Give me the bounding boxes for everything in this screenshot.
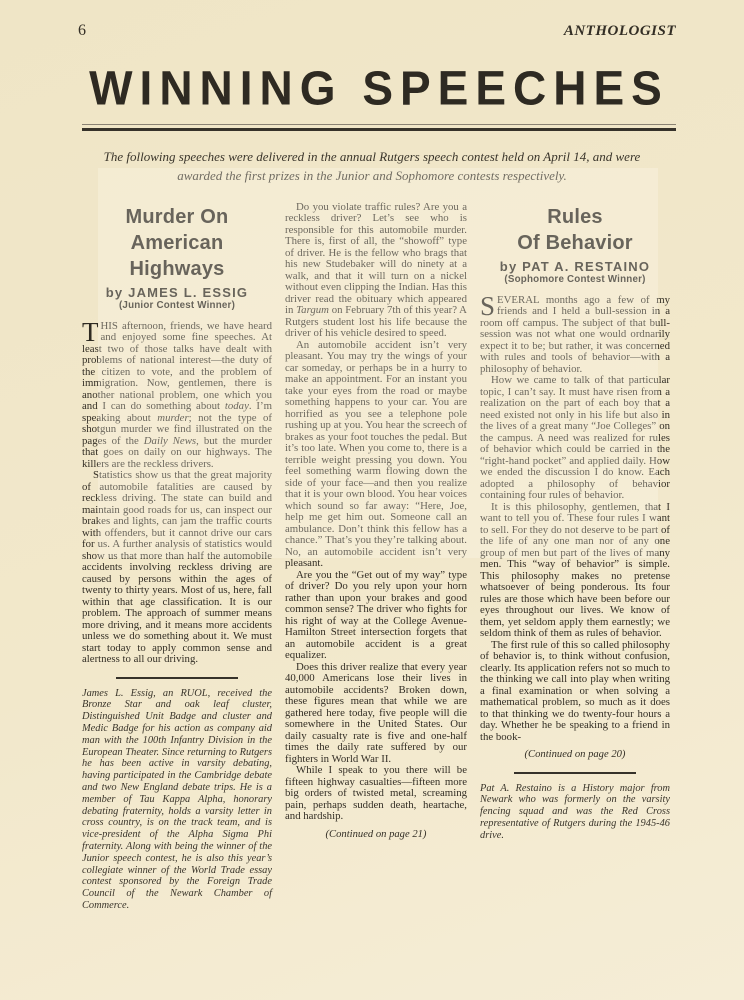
masthead-title: ANTHOLOGIST — [564, 23, 676, 40]
intro-deck: The following speeches were delivered in… — [100, 148, 645, 186]
body-paragraph: THIS afternoon, friends, we have heard a… — [82, 321, 272, 471]
body-paragraph: Are you the “Get out of my way” type of … — [285, 570, 467, 662]
column-right: Rules Of Behavior by PAT A. RESTAINO (So… — [480, 202, 670, 912]
article-title-right: Rules Of Behavior — [480, 204, 670, 256]
article-title-left-line1: Murder On — [82, 204, 272, 230]
continued-note-middle: (Continued on page 21) — [285, 829, 467, 841]
body-paragraph: While I speak to you there will be fifte… — [285, 765, 467, 823]
title-divider-rule — [82, 124, 676, 131]
body-paragraph: Do you violate traffic rules? Are you a … — [285, 202, 467, 340]
author-bio-left: James L. Essig, an RUOL, received the Br… — [82, 688, 272, 912]
body-paragraph: How we came to talk of that particular t… — [480, 375, 670, 502]
byline-right: by PAT A. RESTAINO — [480, 261, 670, 273]
page-title: WINNING SPEECHES — [82, 63, 676, 113]
body-paragraph: The first rule of this so called philoso… — [480, 640, 670, 744]
column-left: Murder On American Highways by JAMES L. … — [82, 202, 272, 912]
column-middle: Do you violate traffic rules? Are you a … — [285, 202, 467, 912]
page-header: 6 ANTHOLOGIST — [78, 22, 676, 40]
continued-note-right: (Continued on page 20) — [480, 749, 670, 761]
body-paragraph: SEVERAL months ago a few of my friends a… — [480, 295, 670, 376]
body-paragraph: Does this driver realize that every year… — [285, 662, 467, 766]
magazine-page: 6 ANTHOLOGIST WINNING SPEECHES The follo… — [0, 0, 744, 1000]
body-paragraph: Statistics show us that the great majori… — [82, 470, 272, 666]
article-title-right-line1: Rules — [480, 204, 670, 230]
article-columns: Murder On American Highways by JAMES L. … — [82, 202, 676, 912]
byline-left: by JAMES L. ESSIG — [82, 287, 272, 299]
bio-divider-rule — [116, 677, 238, 679]
winner-note-right: (Sophomore Contest Winner) — [480, 274, 670, 286]
page-number: 6 — [78, 22, 86, 40]
body-paragraph: It is this philosophy, gentlemen, that I… — [480, 502, 670, 640]
winner-note-left: (Junior Contest Winner) — [82, 300, 272, 312]
article-title-left: Murder On American Highways — [82, 204, 272, 282]
author-bio-right: Pat A. Restaino is a History major from … — [480, 783, 670, 842]
article-title-right-line2: Of Behavior — [480, 230, 670, 256]
article-title-left-line2: American Highways — [82, 230, 272, 282]
body-paragraph: An automobile accident isn’t very pleasa… — [285, 340, 467, 570]
bio-divider-rule — [514, 772, 636, 774]
